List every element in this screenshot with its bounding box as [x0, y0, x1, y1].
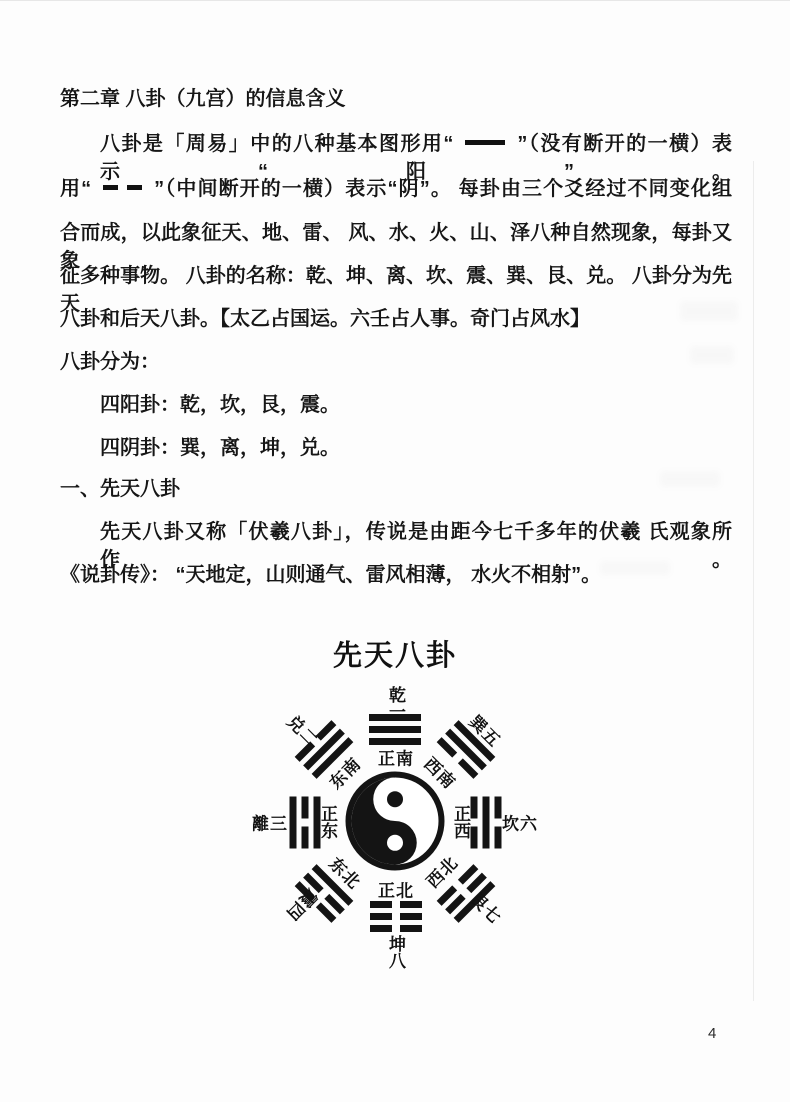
paragraph-line: 用“”（中间断开的一横）表示“阴”。 每卦由三个爻经过不同变化组: [60, 175, 732, 203]
diagram-title: 先天八卦: [0, 633, 790, 674]
paragraph-line: 四阴卦：巽，离，坤，兑。: [60, 434, 732, 462]
label-zhen-si: 震四: [281, 884, 324, 927]
trigram-kan: [471, 797, 502, 849]
direction-zhengbei: 正北: [378, 877, 414, 902]
label-dui-er: 兑二: [282, 708, 325, 751]
direction-dongbei: 东北: [324, 850, 367, 893]
label-kun-ba: 坤八: [387, 935, 404, 969]
direction-dongnan: 东南: [322, 750, 365, 793]
trigram-dui: [295, 720, 354, 779]
direction-zhengdong: 正东: [319, 805, 336, 839]
paragraph-line: 八卦分为：: [60, 348, 732, 376]
yang-line-symbol: [465, 140, 505, 145]
scanned-page: 第二章 八卦（九宫）的信息含义 八卦是「周易」中的八种基本图形用“”（没有断开的…: [0, 0, 790, 1102]
label-gen-qi: 艮七: [465, 885, 508, 928]
scan-edge-line: [753, 161, 754, 1001]
trigram-gen: [437, 864, 496, 923]
trigram-kun: [370, 901, 422, 932]
label-xun-wu: 巽五: [464, 708, 507, 751]
trigram-li: [290, 797, 321, 849]
trigram-xun: [437, 720, 496, 779]
line-text: ”（中间断开的一横）表示“阴”。 每卦由三个爻经过不同变化组: [154, 178, 732, 200]
paragraph-line: 四阳卦：乾，坎，艮，震。: [60, 391, 732, 419]
direction-zhengnan: 正南: [378, 745, 414, 770]
direction-zhengxi: 正西: [452, 805, 469, 839]
chapter-heading: 第二章 八卦（九宫）的信息含义: [60, 85, 732, 113]
direction-xibei: 西北: [419, 849, 462, 892]
section-heading: 一、先天八卦: [60, 475, 732, 503]
trigram-qian: [369, 714, 421, 745]
line-text: 八卦是「周易」中的八种基本图形用“: [100, 133, 453, 155]
line-text: 用“: [60, 178, 91, 200]
label-qian-yi: 乾一: [387, 686, 404, 720]
direction-xinan: 西南: [419, 750, 462, 793]
page-number: 4: [708, 1025, 716, 1042]
label-kan-liu: 坎六: [502, 810, 538, 835]
taiji-yinyang-icon: [343, 769, 447, 873]
yin-line-symbol: [103, 185, 142, 190]
paragraph-line: 八卦和后天八卦。【太乙占国运。六壬占人事。奇门占风水】: [60, 305, 732, 333]
trigram-zhen: [295, 864, 354, 923]
label-li-san: 離三: [252, 810, 288, 835]
paragraph-line: 《说卦传》： “天地定，山则通气、雷风相薄， 水火不相射”。: [60, 561, 732, 589]
